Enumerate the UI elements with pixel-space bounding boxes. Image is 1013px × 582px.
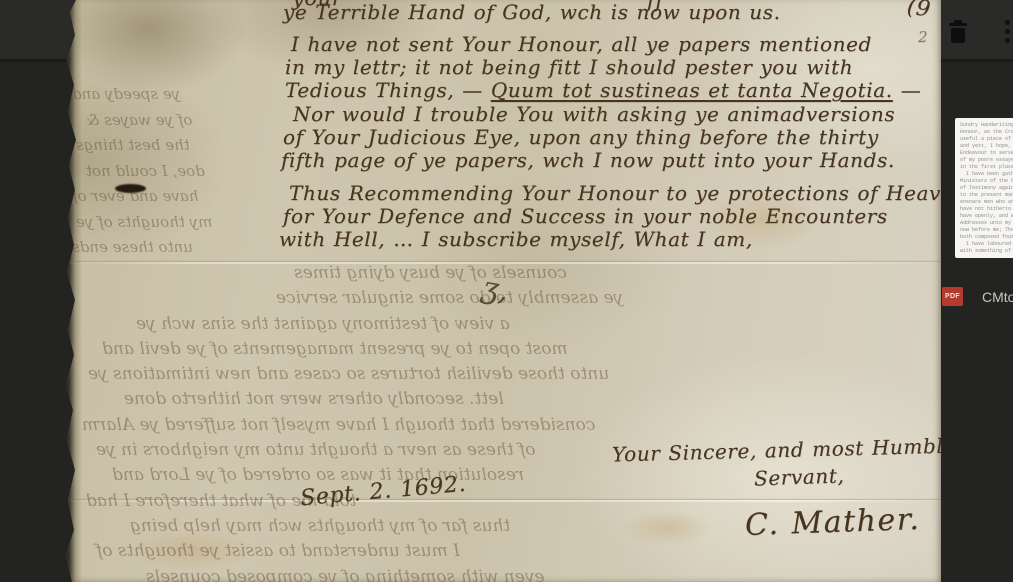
manuscript-opening-line: ye Terrible Hand of God, wch is now upon… bbox=[283, 1, 781, 24]
transcription-line: Sundry Handwritings, wher bbox=[960, 122, 1013, 129]
attachment-viewer: { "toolbar": { "delete_icon": "trash-ico… bbox=[0, 0, 1013, 582]
bleedthrough-line: the best things bbox=[76, 133, 190, 159]
page-number-mark: (9 bbox=[905, 0, 932, 23]
manuscript-signature: C. Mather. bbox=[744, 502, 920, 543]
bleedthrough-line: even with something of ye composed couns… bbox=[146, 565, 545, 582]
manuscript-closing-line-2: Servant, bbox=[754, 463, 845, 490]
manuscript-paragraph-1: I have not sent Your Honour, all ye pape… bbox=[283, 33, 921, 172]
bleedthrough-line: a view of testimony against the sins wch… bbox=[136, 312, 510, 337]
transcription-line: to the present managemen bbox=[960, 192, 1013, 199]
manuscript-line: I have not sent Your Honour, all ye pape… bbox=[291, 33, 921, 56]
trash-lid bbox=[949, 23, 967, 26]
bleedthrough-line: considered that though I have myself not… bbox=[82, 413, 595, 438]
transcription-line: Addresses unto my Neighbo bbox=[960, 220, 1013, 227]
paper-stain bbox=[622, 510, 712, 546]
transcription-line: Endeavour to serve You, w bbox=[960, 150, 1013, 157]
transcription-line: useful a piece of litera bbox=[960, 136, 1013, 143]
manuscript-line: for Your Defence and Success in your nob… bbox=[283, 205, 941, 228]
delete-icon[interactable] bbox=[949, 20, 967, 43]
transcription-line: now before me; Through bbox=[960, 227, 1013, 234]
manuscript-image[interactable]: ye speedy andof ye wayes &the best thing… bbox=[62, 0, 941, 582]
bleedthrough-line: my thoughts of ye bbox=[76, 210, 212, 236]
bleedthrough-line: unto those devilish tortures so cases an… bbox=[88, 362, 609, 387]
manuscript-line: with Hell, … I subscribe myself, What I … bbox=[279, 228, 941, 251]
latin-post: — bbox=[893, 78, 922, 102]
manuscript-line-latin: Tedious Things, — Quum tot sustineas et … bbox=[285, 79, 921, 102]
transcription-line: Honour, as the Craftsmen bbox=[960, 129, 1013, 136]
pdf-icon: PDF bbox=[942, 287, 963, 306]
bleedthrough-line: doe, I could not bbox=[86, 159, 205, 185]
transcription-line: with something of Design bbox=[960, 248, 1013, 255]
transcription-line: have openly, and without bbox=[960, 213, 1013, 220]
bleedthrough-line: of ye wayes & bbox=[86, 108, 192, 134]
manuscript-closing-line-1: Your Sincere, and most Humble bbox=[612, 434, 941, 467]
transcription-line: in the first place submi bbox=[960, 164, 1013, 171]
manuscript-line: Nor would I trouble You with asking ye a… bbox=[293, 103, 921, 126]
bleedthrough-line: unto these ends bbox=[72, 235, 193, 261]
bleedthrough-line: ye assembly to do some singular service bbox=[276, 286, 623, 311]
transcription-line: have not hitherto done am bbox=[960, 206, 1013, 213]
manuscript-line: in my lettr; it not being fitt I should … bbox=[285, 56, 921, 79]
manuscript-line: Thus Recommending Your Honour to ye prot… bbox=[289, 182, 941, 205]
bleedthrough-text-main: counsels of ye busy dying timesye assemb… bbox=[76, 261, 623, 582]
transcription-line: Ministers of the Countrey bbox=[960, 178, 1013, 185]
bleedthrough-text-left: ye speedy andof ye wayes &the best thing… bbox=[72, 82, 212, 261]
ink-blot bbox=[115, 184, 146, 193]
transcription-line: and yett, I hope, I may bbox=[960, 143, 1013, 150]
latin-pre: Tedious Things, — bbox=[285, 78, 491, 102]
bleedthrough-line: ye speedy and bbox=[72, 82, 180, 108]
bleedthrough-line: most open to ye present managements of y… bbox=[102, 337, 568, 362]
pdf-attachment-chip[interactable]: PDF CMto bbox=[941, 285, 1013, 309]
transcription-line: ensnare men who are Accus bbox=[960, 199, 1013, 206]
more-options-icon[interactable] bbox=[1004, 20, 1012, 44]
transcription-line: of Testimony against the bbox=[960, 185, 1013, 192]
latin-phrase: Quum tot sustineas et tanta Negotia. bbox=[491, 78, 893, 102]
transcription-line: I have been gathering bbox=[960, 171, 1013, 178]
bleedthrough-line: counsels of ye busy dying times bbox=[294, 261, 567, 286]
manuscript-line: of Your Judicious Eye, upon any thing be… bbox=[283, 126, 921, 149]
transcription-line: both composed four Sermon bbox=[960, 234, 1013, 241]
bleedthrough-line: thus far of my thoughts wch may help bei… bbox=[130, 514, 510, 539]
manuscript-paragraph-2: Thus Recommending Your Honour to ye prot… bbox=[283, 182, 941, 252]
transcription-panel[interactable]: Sundry Handwritings, wherHonour, as the … bbox=[955, 118, 1013, 258]
transcription-line: I have laboured to in bbox=[960, 241, 1013, 248]
manuscript-line: fifth page of ye papers, wch I now putt … bbox=[281, 149, 921, 172]
attachment-filename: CMto bbox=[982, 289, 1013, 305]
bleedthrough-line: I must understand to assist ye thoughts … bbox=[96, 539, 460, 564]
bleedthrough-line: lett. secondly others were not hitherto … bbox=[124, 387, 504, 412]
transcription-line: of my poore essayes for bbox=[960, 157, 1013, 164]
bleedthrough-line: of these as nevr a thought unto my neigh… bbox=[96, 438, 536, 463]
trash-bin bbox=[951, 28, 965, 43]
